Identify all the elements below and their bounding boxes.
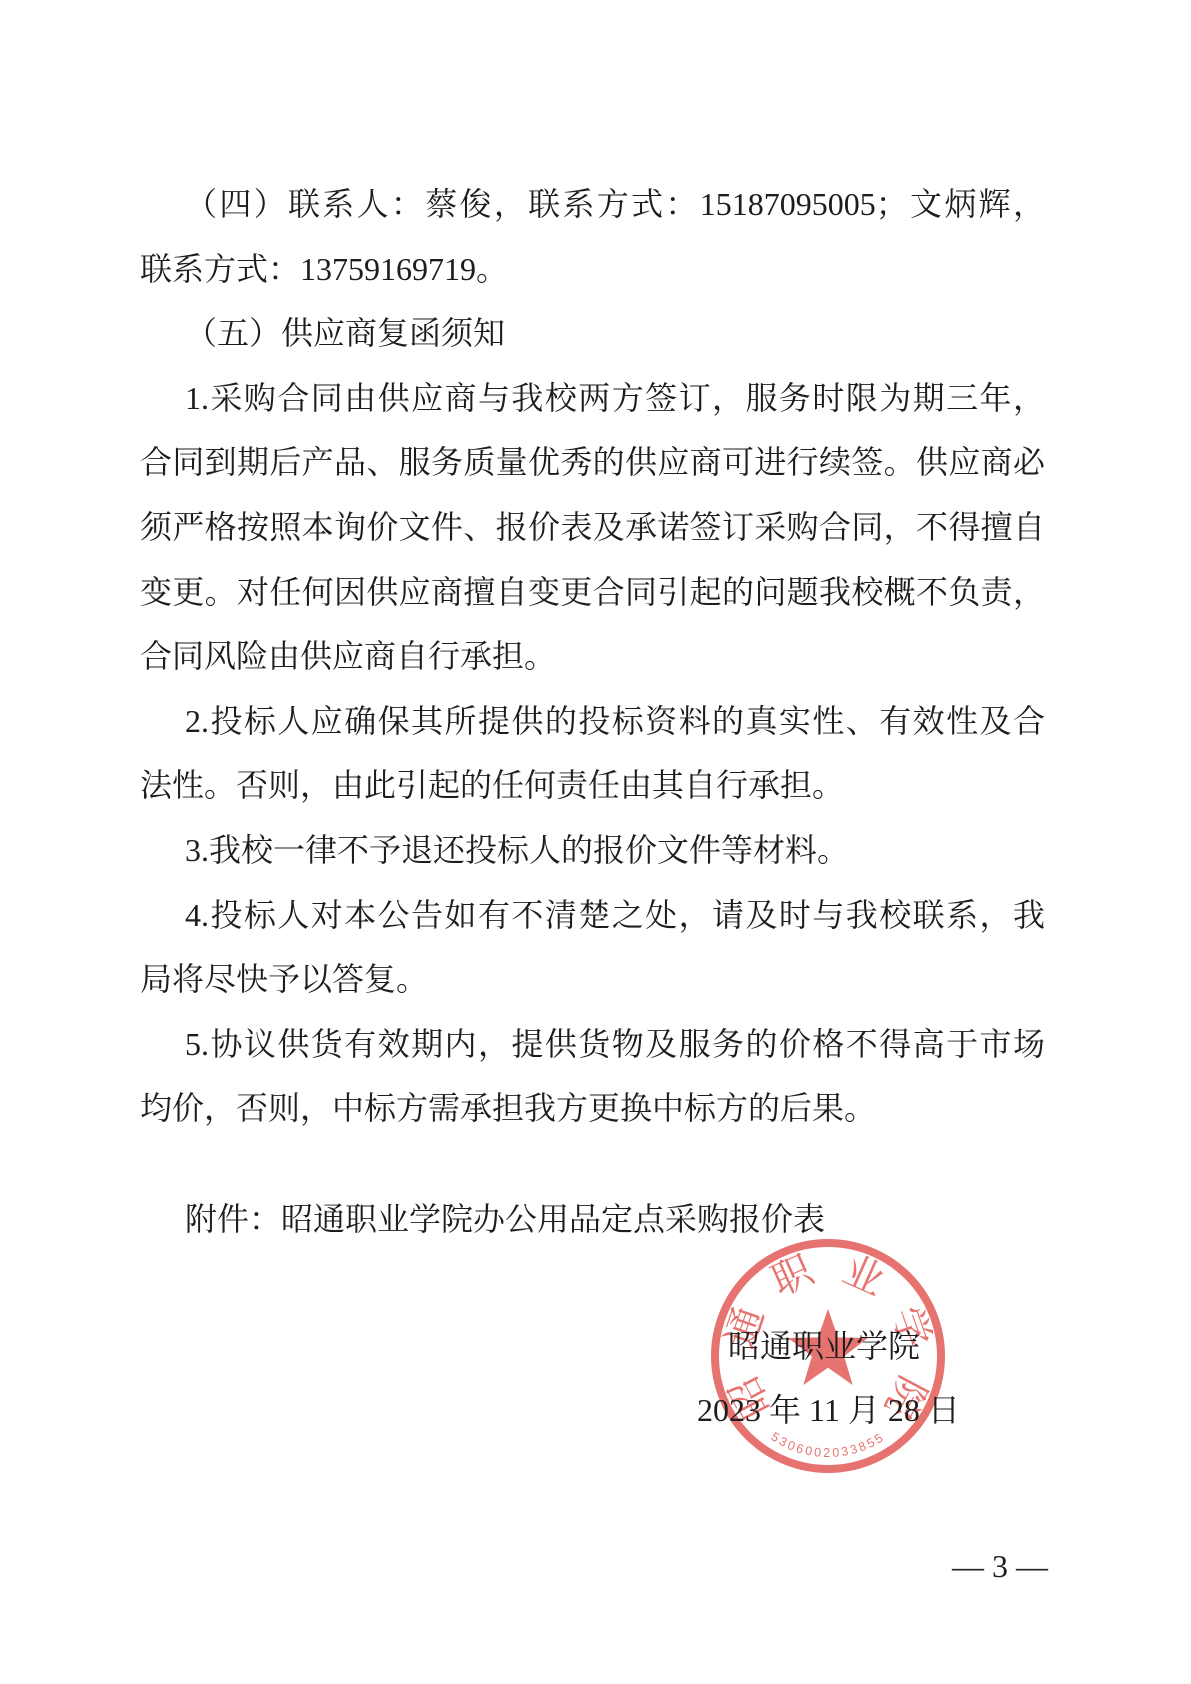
paragraph-gap: [140, 1141, 1045, 1187]
seal-serial-number: 5306002033855: [769, 1430, 888, 1460]
body-line: 3.我校一律不予退还投标人的报价文件等材料。: [140, 818, 1045, 883]
page-number: — 3 —: [952, 1548, 1048, 1584]
body-line: 合同风险由供应商自行承担。: [140, 624, 1045, 689]
body-line: 局将尽快予以答复。: [140, 947, 1045, 1012]
body-line: 均价，否则，中标方需承担我方更换中标方的后果。: [140, 1076, 1045, 1141]
body-line: 2.投标人应确保其所提供的投标资料的真实性、有效性及合: [140, 689, 1045, 754]
body-line: 5.协议供货有效期内，提供货物及服务的价格不得高于市场: [140, 1012, 1045, 1077]
body-line: 4.投标人对本公告如有不清楚之处，请及时与我校联系，我: [140, 883, 1045, 948]
body-line: 法性。否则，由此引起的任何责任由其自行承担。: [140, 753, 1045, 818]
signer-org-name: 昭通职业学院: [728, 1326, 920, 1366]
body-line: 变更。对任何因供应商擅自变更合同引起的问题我校概不负责，: [140, 560, 1045, 625]
body-line: （四）联系人：蔡俊，联系方式：15187095005；文炳辉，: [140, 172, 1045, 237]
signature-date: 2023 年 11 月 28 日: [697, 1390, 960, 1430]
document-body: （四）联系人：蔡俊，联系方式：15187095005；文炳辉， 联系方式：137…: [140, 172, 1045, 1252]
body-line: 须严格按照本询价文件、报价表及承诺签订采购合同，不得擅自: [140, 495, 1045, 560]
body-line: （五）供应商复函须知: [140, 301, 1045, 366]
document-page: （四）联系人：蔡俊，联系方式：15187095005；文炳辉， 联系方式：137…: [0, 0, 1191, 1684]
body-line: 1.采购合同由供应商与我校两方签订，服务时限为期三年，: [140, 366, 1045, 431]
body-line: 合同到期后产品、服务质量优秀的供应商可进行续签。供应商必: [140, 430, 1045, 495]
body-line: 联系方式：13759169719。: [140, 237, 1045, 302]
